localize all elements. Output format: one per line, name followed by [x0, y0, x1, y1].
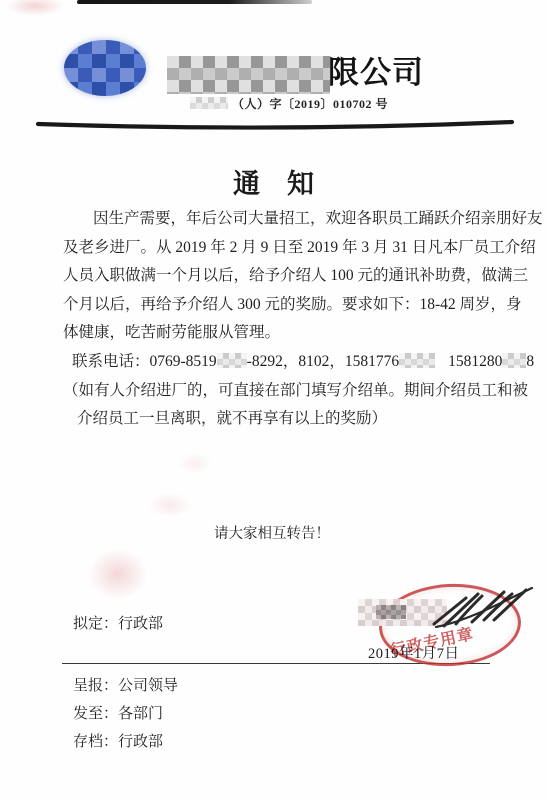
- pink-scan-smudge: [88, 548, 148, 600]
- body-line: 因生产需要，年后公司大量招工，欢迎各职员工踊跃介绍亲朋好友: [63, 205, 513, 234]
- drafted-by-text: 拟定：行政部: [73, 612, 163, 633]
- pink-scan-smudge: [178, 452, 212, 474]
- company-name-redaction: [167, 56, 330, 94]
- footer-item-submit-to: 呈报：公司领导: [73, 674, 178, 695]
- handwritten-signature: [428, 580, 538, 632]
- pink-scan-smudge: [6, 0, 64, 16]
- body-line: 人员入职做满一个月以后，给予介绍人 100 元的通讯补助费，做满三: [63, 262, 513, 291]
- body-line-phone: 联系电话：0769-8519-8292，8102，158177615812808: [63, 348, 513, 377]
- company-logo-redacted-icon: [64, 40, 146, 96]
- phone-redaction: [399, 353, 435, 368]
- footer-item-sent-to: 发至：各部门: [73, 702, 163, 723]
- phone-text: 8: [526, 353, 534, 370]
- phone-text: 1581280: [448, 353, 502, 370]
- notice-body: 因生产需要，年后公司大量招工，欢迎各职员工踊跃介绍亲朋好友 及老乡进厂。从 20…: [63, 205, 513, 434]
- approver-text-fragment: [376, 605, 406, 619]
- scanned-notice-document: 限公司 （人）字〔2019〕010702 号 通 知 因生产需要，年后公司大量招…: [0, 0, 547, 800]
- body-line: 体健康，吃苦耐劳能服从管理。: [63, 319, 513, 348]
- phone-redaction: [502, 353, 526, 368]
- doc-number-redaction: [190, 97, 228, 109]
- body-line: 个月以后，再给予介绍人 300 元的奖励。要求如下：18-42 周岁，身: [63, 291, 513, 320]
- date-text: 2019年1月7日: [368, 642, 460, 663]
- body-line: （如有人介绍进厂的，可直接在部门填写介绍单。期间介绍员工和被: [63, 377, 513, 406]
- letterhead-rule: [30, 116, 520, 136]
- callout-text: 请大家相互转告！: [214, 522, 330, 543]
- footer-item-archive: 存档：行政部: [73, 730, 163, 751]
- doc-number: （人）字〔2019〕010702 号: [232, 97, 388, 111]
- doc-number-row: （人）字〔2019〕010702 号: [190, 95, 388, 113]
- body-line: 介绍员工一旦离职，就不再享有以上的奖励）: [63, 405, 513, 434]
- phone-text: 联系电话：0769-8519: [72, 353, 217, 370]
- scan-edge-artifact: [77, 0, 312, 4]
- body-line: 及老乡进厂。从 2019 年 2 月 9 日至 2019 年 3 月 31 日凡…: [63, 234, 513, 263]
- company-name-suffix: 限公司: [328, 52, 424, 94]
- phone-redaction: [217, 353, 247, 368]
- pink-scan-smudge: [148, 492, 192, 518]
- notice-title: 通 知: [0, 162, 547, 201]
- phone-text: -8292，8102，1581776: [247, 353, 399, 370]
